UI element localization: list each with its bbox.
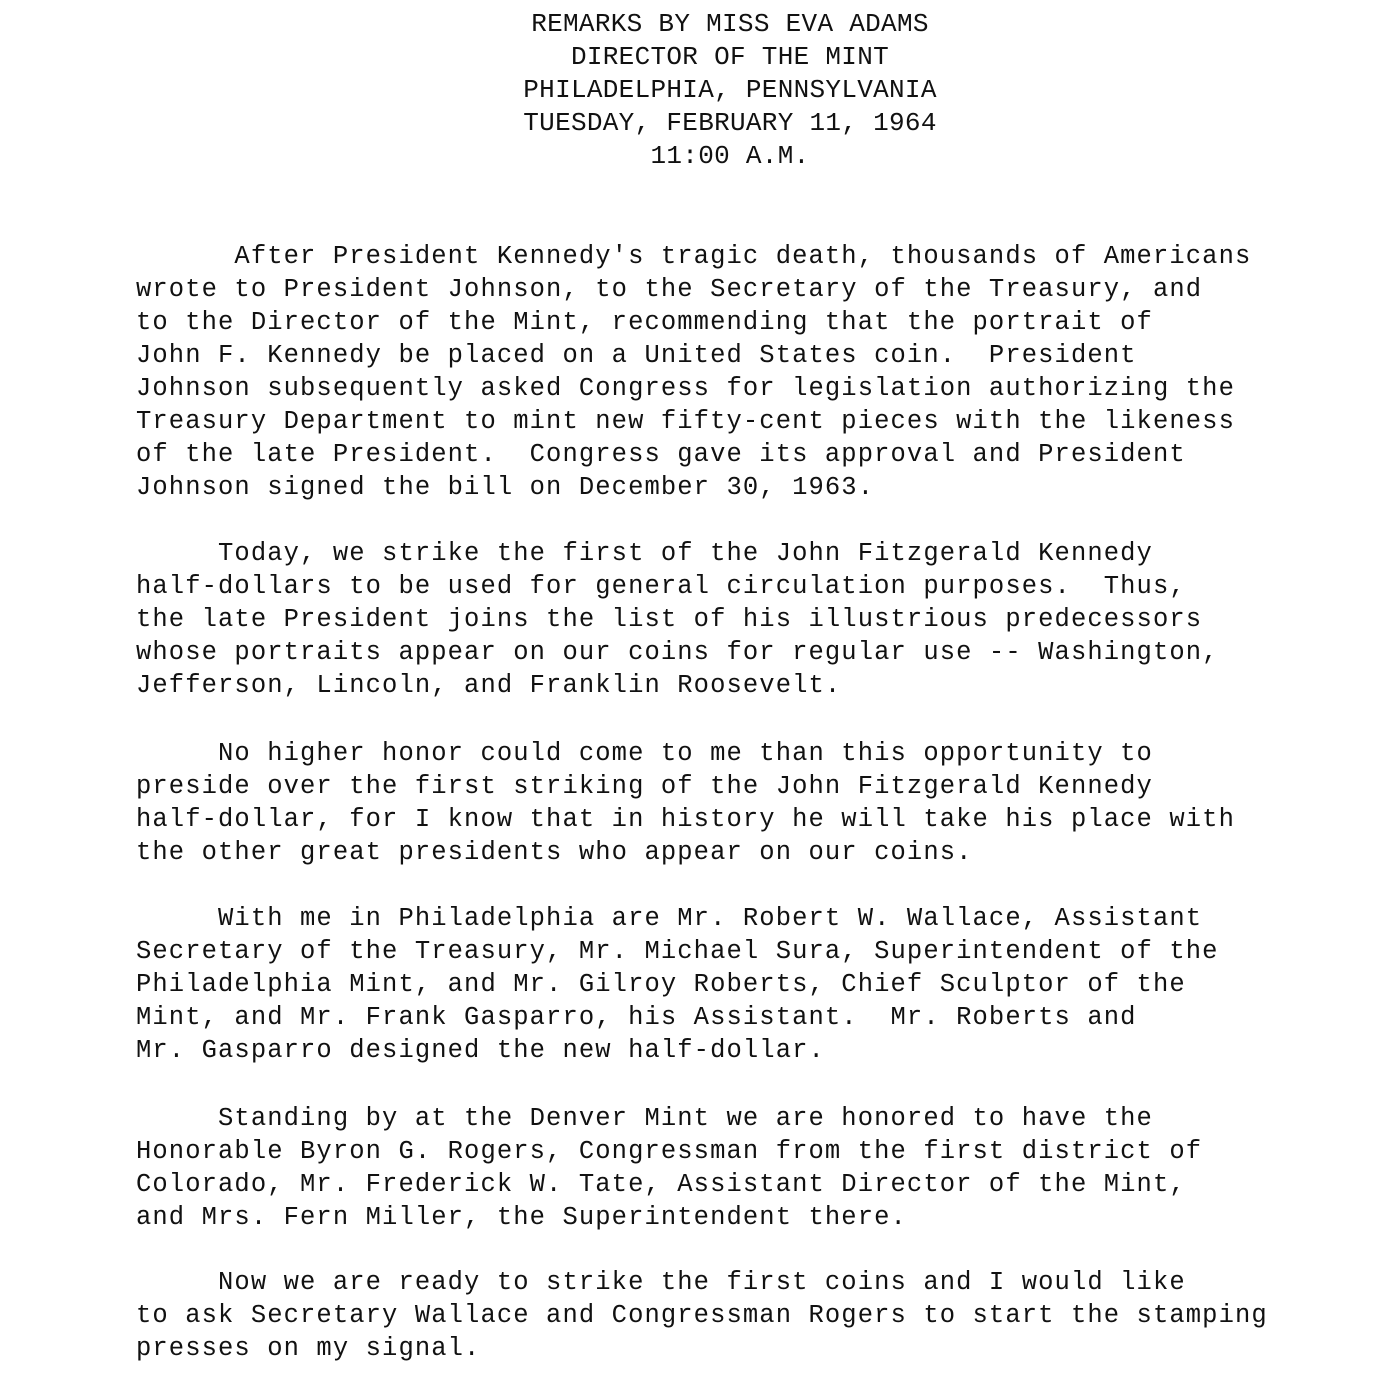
paragraph-line: No higher honor could come to me than th… xyxy=(136,737,1235,770)
paragraph-line: half-dollar, for I know that in history … xyxy=(136,803,1235,836)
paragraph-line: the late President joins the list of his… xyxy=(136,603,1219,636)
paragraph-line: Secretary of the Treasury, Mr. Michael S… xyxy=(136,935,1219,968)
paragraph-line: to ask Secretary Wallace and Congressman… xyxy=(136,1299,1268,1332)
paragraph-line: Standing by at the Denver Mint we are ho… xyxy=(136,1102,1202,1135)
paragraph-line: half-dollars to be used for general circ… xyxy=(136,570,1219,603)
paragraph-line: Colorado, Mr. Frederick W. Tate, Assista… xyxy=(136,1168,1202,1201)
paragraph-line: After President Kennedy's tragic death, … xyxy=(136,240,1251,273)
paragraph-line: Treasury Department to mint new fifty-ce… xyxy=(136,405,1251,438)
paragraph-1: After President Kennedy's tragic death, … xyxy=(136,240,1251,504)
paragraph-line: With me in Philadelphia are Mr. Robert W… xyxy=(136,902,1219,935)
paragraph-2: Today, we strike the first of the John F… xyxy=(136,537,1219,702)
paragraph-line: Mr. Gasparro designed the new half-dolla… xyxy=(136,1034,1219,1067)
header-time: 11:00 A.M. xyxy=(480,140,980,173)
paragraph-line: Today, we strike the first of the John F… xyxy=(136,537,1219,570)
header-position: DIRECTOR OF THE MINT xyxy=(480,41,980,74)
paragraph-line: the other great presidents who appear on… xyxy=(136,836,1235,869)
paragraph-line: Honorable Byron G. Rogers, Congressman f… xyxy=(136,1135,1202,1168)
paragraph-6: Now we are ready to strike the first coi… xyxy=(136,1266,1268,1365)
paragraph-line: preside over the first striking of the J… xyxy=(136,770,1235,803)
paragraph-line: wrote to President Johnson, to the Secre… xyxy=(136,273,1251,306)
paragraph-line: Philadelphia Mint, and Mr. Gilroy Robert… xyxy=(136,968,1219,1001)
paragraph-line: of the late President. Congress gave its… xyxy=(136,438,1251,471)
paragraph-line: Now we are ready to strike the first coi… xyxy=(136,1266,1268,1299)
paragraph-4: With me in Philadelphia are Mr. Robert W… xyxy=(136,902,1219,1067)
document-header: REMARKS BY MISS EVA ADAMS DIRECTOR OF TH… xyxy=(480,8,980,173)
header-date: TUESDAY, FEBRUARY 11, 1964 xyxy=(480,107,980,140)
paragraph-line: John F. Kennedy be placed on a United St… xyxy=(136,339,1251,372)
paragraph-line: and Mrs. Fern Miller, the Superintendent… xyxy=(136,1201,1202,1234)
paragraph-5: Standing by at the Denver Mint we are ho… xyxy=(136,1102,1202,1234)
paragraph-line: Johnson signed the bill on December 30, … xyxy=(136,471,1251,504)
paragraph-line: presses on my signal. xyxy=(136,1332,1268,1365)
paragraph-line: whose portraits appear on our coins for … xyxy=(136,636,1219,669)
header-title: REMARKS BY MISS EVA ADAMS xyxy=(480,8,980,41)
paragraph-line: Mint, and Mr. Frank Gasparro, his Assist… xyxy=(136,1001,1219,1034)
document-page: REMARKS BY MISS EVA ADAMS DIRECTOR OF TH… xyxy=(0,0,1396,1373)
paragraph-line: to the Director of the Mint, recommendin… xyxy=(136,306,1251,339)
paragraph-line: Johnson subsequently asked Congress for … xyxy=(136,372,1251,405)
paragraph-line: Jefferson, Lincoln, and Franklin Rooseve… xyxy=(136,669,1219,702)
header-location: PHILADELPHIA, PENNSYLVANIA xyxy=(480,74,980,107)
paragraph-3: No higher honor could come to me than th… xyxy=(136,737,1235,869)
